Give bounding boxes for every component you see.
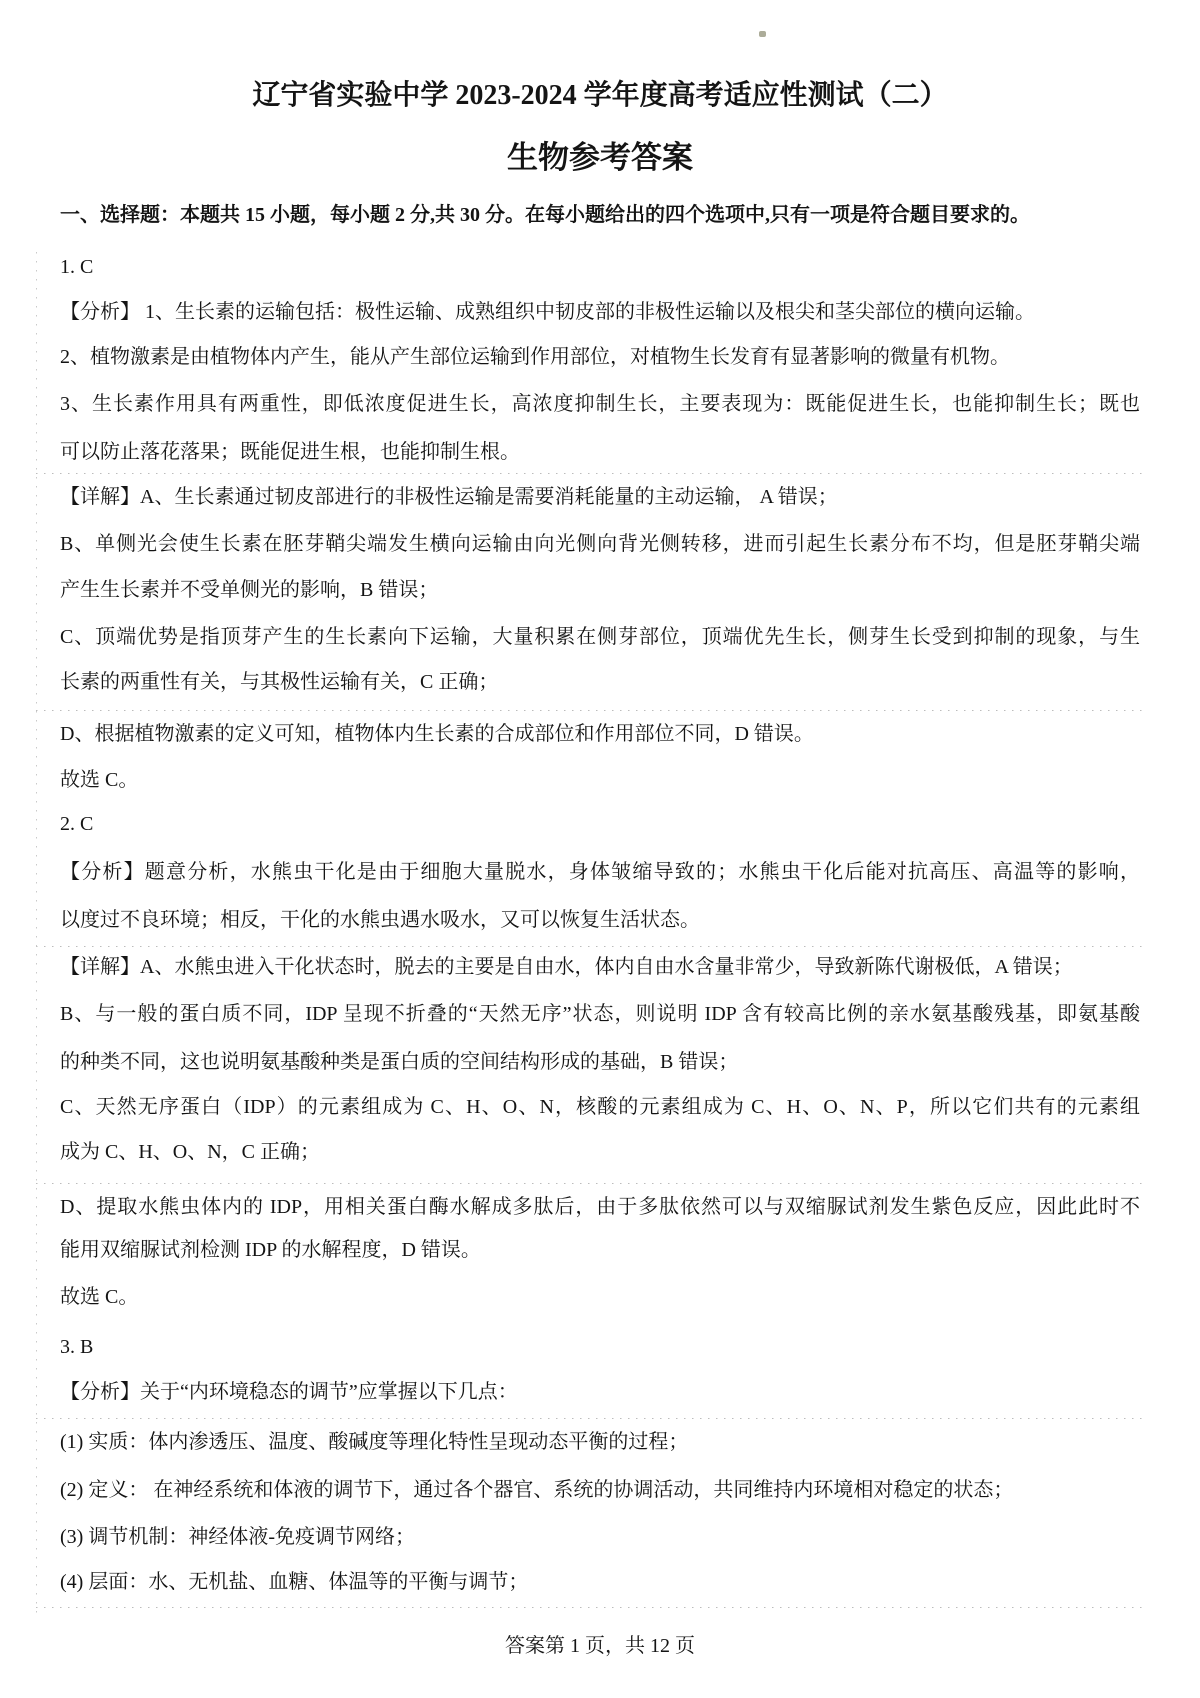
q1-detail-line-6: D、根据植物激素的定义可知，植物体内生长素的合成部位和作用部位不同，D 错误。: [60, 712, 1140, 757]
q2-answer-label: 2. C: [60, 802, 1140, 847]
q2-conclusion: 故选 C。: [60, 1275, 1140, 1320]
page-footer: 答案第 1 页，共 12 页: [0, 1624, 1200, 1669]
q1-detail-line-5: 长素的两重性有关，与其极性运输有关，C 正确；: [60, 660, 1140, 705]
q2-detail-line-5: 成为 C、H、O、N，C 正确；: [60, 1130, 1140, 1175]
q3-point-2: (2) 定义： 在神经系统和体液的调节下，通过各个器官、系统的协调活动，共同维持…: [60, 1468, 1140, 1513]
q2-detail-line-1: 【详解】A、水熊虫进入干化状态时，脱去的主要是自由水，体内自由水含量非常少，导致…: [60, 945, 1140, 990]
dotted-divider: [36, 1183, 1144, 1184]
q3-analysis-line-1: 【分析】关于“内环境稳态的调节”应掌握以下几点：: [60, 1370, 1140, 1415]
q1-detail-line-4: C、顶端优势是指顶芽产生的生长素向下运输，大量积累在侧芽部位，顶端优先生长，侧芽…: [60, 615, 1140, 660]
q1-analysis-line-1: 【分析】 1、生长素的运输包括：极性运输、成熟组织中韧皮部的非极性运输以及根尖和…: [60, 290, 1140, 335]
q2-detail-line-2: B、与一般的蛋白质不同，IDP 呈现不折叠的“天然无序”状态，则说明 IDP 含…: [60, 992, 1140, 1037]
q2-analysis-line-2: 以度过不良环境；相反，干化的水熊虫遇水吸水，又可以恢复生活状态。: [60, 898, 1140, 943]
dotted-divider: [36, 1607, 1144, 1608]
q2-detail-line-3: 的种类不同，这也说明氨基酸种类是蛋白质的空间结构形成的基础，B 错误；: [60, 1040, 1140, 1085]
q2-analysis-line-1: 【分析】题意分析，水熊虫干化是由于细胞大量脱水，身体皱缩导致的；水熊虫干化后能对…: [60, 850, 1140, 895]
q1-analysis-line-4: 可以防止落花落果；既能促进生根，也能抑制生根。: [60, 430, 1140, 475]
q1-analysis-line-2: 2、植物激素是由植物体内产生，能从产生部位运输到作用部位，对植物生长发育有显著影…: [60, 335, 1140, 380]
document-page: 辽宁省实验中学 2023-2024 学年度高考适应性测试（二） 生物参考答案 一…: [0, 0, 1200, 1698]
dotted-divider: [36, 473, 1144, 474]
q1-analysis-line-3: 3、生长素作用具有两重性，即低浓度促进生长，高浓度抑制生长，主要表现为：既能促进…: [60, 382, 1140, 427]
dotted-divider: [36, 710, 1144, 711]
dotted-divider: [36, 1418, 1144, 1419]
q3-point-4: (4) 层面：水、无机盐、血糖、体温等的平衡与调节；: [60, 1560, 1140, 1605]
scan-artifact-dot: [759, 31, 766, 37]
q1-detail-line-3: 产生生长素并不受单侧光的影响，B 错误；: [60, 568, 1140, 613]
q1-detail-line-1: 【详解】A、生长素通过韧皮部进行的非极性运输是需要消耗能量的主动运输， A 错误…: [60, 475, 1140, 520]
section1-header: 一、选择题：本题共 15 小题，每小题 2 分,共 30 分。在每小题给出的四个…: [60, 193, 1140, 238]
dotted-margin-line: [36, 252, 37, 1614]
page-subtitle: 生物参考答案: [0, 132, 1200, 184]
q1-detail-line-2: B、单侧光会使生长素在胚芽鞘尖端发生横向运输由向光侧向背光侧转移，进而引起生长素…: [60, 522, 1140, 567]
q3-answer-label: 3. B: [60, 1325, 1140, 1370]
q2-detail-line-4: C、天然无序蛋白（IDP）的元素组成为 C、H、O、N，核酸的元素组成为 C、H…: [60, 1085, 1140, 1130]
q1-conclusion: 故选 C。: [60, 758, 1140, 803]
q2-detail-line-6: D、提取水熊虫体内的 IDP，用相关蛋白酶水解成多肽后，由于多肽依然可以与双缩脲…: [60, 1185, 1140, 1230]
q1-answer-label: 1. C: [60, 245, 1140, 290]
q3-point-3: (3) 调节机制：神经体液-免疫调节网络；: [60, 1515, 1140, 1560]
q3-point-1: (1) 实质：体内渗透压、温度、酸碱度等理化特性呈现动态平衡的过程；: [60, 1420, 1140, 1465]
page-title: 辽宁省实验中学 2023-2024 学年度高考适应性测试（二）: [0, 72, 1200, 120]
q2-detail-line-7: 能用双缩脲试剂检测 IDP 的水解程度，D 错误。: [60, 1228, 1140, 1273]
